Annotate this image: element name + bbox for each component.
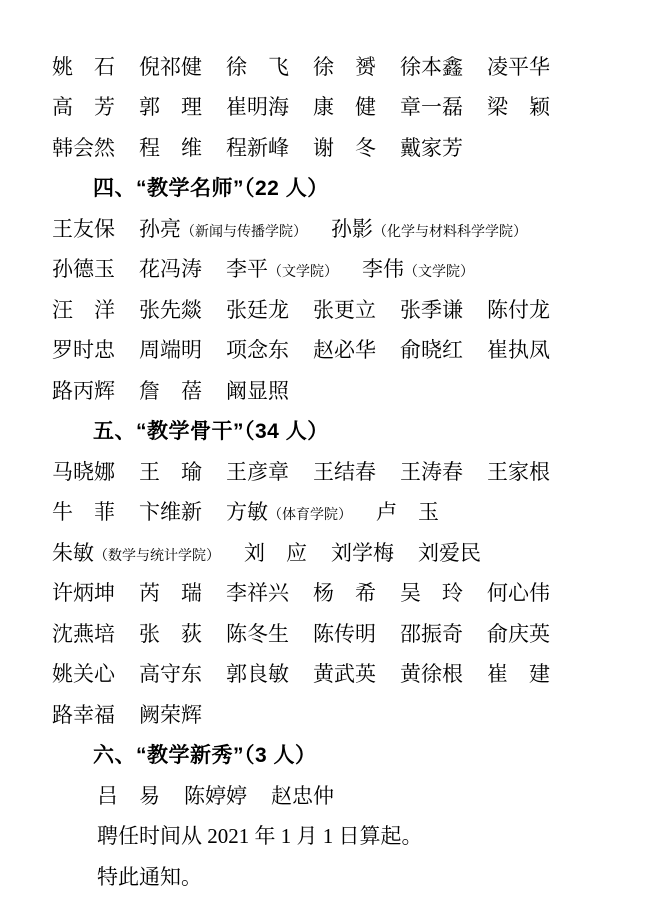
person-name-text: 牛 菲 <box>52 502 115 523</box>
person-name-text: 倪祁健 <box>139 57 202 78</box>
person-name: 杨 希 <box>313 583 376 604</box>
name-list-line: 韩会然程 维程新峰谢 冬戴家芳 <box>52 128 565 169</box>
person-name: 赵忠仲 <box>271 786 334 807</box>
person-name: 何心伟 <box>487 583 550 604</box>
person-name: 程 维 <box>139 138 202 159</box>
person-name: 吴 玲 <box>400 583 463 604</box>
name-list-line: 许炳坤芮 瑞李祥兴杨 希吴 玲何心伟 <box>52 574 565 615</box>
name-list-line: 路幸福阙荣辉 <box>52 695 565 736</box>
person-name-text: 孙影 <box>331 219 373 240</box>
person-name-text: 路丙辉 <box>52 381 115 402</box>
person-name: 赵必华 <box>313 340 376 361</box>
person-name: 阙荣辉 <box>139 705 202 726</box>
person-name-text: 路幸福 <box>52 705 115 726</box>
person-name-text: 刘学梅 <box>331 543 394 564</box>
person-name: 崔明海 <box>226 97 289 118</box>
person-name-text: 陈付龙 <box>487 300 550 321</box>
person-name-text: 罗时忠 <box>52 340 115 361</box>
person-name-text: 卞维新 <box>139 502 202 523</box>
person-name-text: 黄武英 <box>313 664 376 685</box>
name-list-line: 路丙辉詹 蓓阚显照 <box>52 371 565 412</box>
person-name: 卞维新 <box>139 502 202 523</box>
person-name: 邵振奇 <box>400 624 463 645</box>
person-name: 王 瑜 <box>139 462 202 483</box>
person-name: 郭 理 <box>139 97 202 118</box>
person-name-text: 李平 <box>226 259 268 280</box>
person-name-text: 张先燚 <box>139 300 202 321</box>
person-name-text: 康 健 <box>313 97 376 118</box>
person-name-text: 邵振奇 <box>400 624 463 645</box>
person-name-text: 韩会然 <box>52 138 115 159</box>
person-name-text: 花冯涛 <box>139 259 202 280</box>
person-name: 刘学梅 <box>331 543 394 564</box>
person-name: 谢 冬 <box>313 138 376 159</box>
person-name-text: 姚 石 <box>52 57 115 78</box>
person-name-text: 项念东 <box>226 340 289 361</box>
person-name-text: 郭良敏 <box>226 664 289 685</box>
person-name: 俞庆英 <box>487 624 550 645</box>
section-heading: 四、“教学名师”（22 人） <box>52 169 565 210</box>
person-name: 路丙辉 <box>52 381 115 402</box>
person-name-text: 方敏 <box>226 502 268 523</box>
person-name-text: 黄徐根 <box>400 664 463 685</box>
person-name: 方敏（体育学院） <box>226 502 352 523</box>
person-name-text: 程 维 <box>139 138 202 159</box>
person-name-text: 崔执凤 <box>487 340 550 361</box>
college-note: （体育学院） <box>268 509 352 523</box>
person-name-text: 高守东 <box>139 664 202 685</box>
person-name: 罗时忠 <box>52 340 115 361</box>
person-name: 卢 玉 <box>376 502 439 523</box>
person-name: 路幸福 <box>52 705 115 726</box>
person-name-text: 阚显照 <box>226 381 289 402</box>
person-name: 陈付龙 <box>487 300 550 321</box>
person-name-text: 徐本鑫 <box>400 57 463 78</box>
person-name-text: 张 荻 <box>139 624 202 645</box>
person-name-text: 戴家芳 <box>400 138 463 159</box>
person-name: 花冯涛 <box>139 259 202 280</box>
name-list-line: 吕 易陈婷婷赵忠仲 <box>52 776 565 817</box>
person-name-text: 程新峰 <box>226 138 289 159</box>
person-name: 程新峰 <box>226 138 289 159</box>
person-name: 孙德玉 <box>52 259 115 280</box>
person-name: 刘 应 <box>244 543 307 564</box>
person-name: 李伟（文学院） <box>362 259 474 280</box>
person-name-text: 陈婷婷 <box>184 786 247 807</box>
person-name: 高守东 <box>139 664 202 685</box>
person-name-text: 卢 玉 <box>376 502 439 523</box>
person-name-text: 朱敏 <box>52 543 94 564</box>
person-name: 阚显照 <box>226 381 289 402</box>
person-name-text: 崔明海 <box>226 97 289 118</box>
name-list-line: 汪 洋张先燚张廷龙张更立张季谦陈付龙 <box>52 290 565 331</box>
paragraph: 特此通知。 <box>52 857 565 898</box>
person-name-text: 周端明 <box>139 340 202 361</box>
person-name: 陈婷婷 <box>184 786 247 807</box>
person-name: 许炳坤 <box>52 583 115 604</box>
person-name-text: 俞庆英 <box>487 624 550 645</box>
person-name: 章一磊 <box>400 97 463 118</box>
person-name: 凌平华 <box>487 57 550 78</box>
person-name: 崔执凤 <box>487 340 550 361</box>
name-list-line: 朱敏（数学与统计学院）刘 应刘学梅刘爱民 <box>52 533 565 574</box>
section-heading: 六、“教学新秀”（3 人） <box>52 736 565 777</box>
person-name: 刘爱民 <box>418 543 481 564</box>
person-name-text: 张廷龙 <box>226 300 289 321</box>
person-name: 张 荻 <box>139 624 202 645</box>
person-name-text: 阙荣辉 <box>139 705 202 726</box>
person-name-text: 沈燕培 <box>52 624 115 645</box>
person-name: 牛 菲 <box>52 502 115 523</box>
person-name-text: 张季谦 <box>400 300 463 321</box>
person-name-text: 李祥兴 <box>226 583 289 604</box>
person-name-text: 王友保 <box>52 219 115 240</box>
person-name: 姚关心 <box>52 664 115 685</box>
person-name: 李平（文学院） <box>226 259 338 280</box>
person-name: 芮 瑞 <box>139 583 202 604</box>
person-name: 张更立 <box>313 300 376 321</box>
person-name: 王家根 <box>487 462 550 483</box>
person-name-text: 何心伟 <box>487 583 550 604</box>
person-name-text: 赵必华 <box>313 340 376 361</box>
person-name: 戴家芳 <box>400 138 463 159</box>
person-name: 倪祁健 <box>139 57 202 78</box>
person-name: 王涛春 <box>400 462 463 483</box>
person-name-text: 章一磊 <box>400 97 463 118</box>
person-name: 康 健 <box>313 97 376 118</box>
person-name-text: 刘爱民 <box>418 543 481 564</box>
college-note: （化学与材料科学学院） <box>373 226 527 240</box>
name-list-line: 沈燕培张 荻陈冬生陈传明邵振奇俞庆英 <box>52 614 565 655</box>
person-name: 姚 石 <box>52 57 115 78</box>
name-list-line: 马晓娜王 瑜王彦章王结春王涛春王家根 <box>52 452 565 493</box>
person-name-text: 马晓娜 <box>52 462 115 483</box>
name-list-line: 高 芳郭 理崔明海康 健章一磊梁 颖 <box>52 88 565 129</box>
person-name: 张季谦 <box>400 300 463 321</box>
person-name: 黄徐根 <box>400 664 463 685</box>
person-name: 徐 赟 <box>313 57 376 78</box>
name-list-line: 姚关心高守东郭良敏黄武英黄徐根崔 建 <box>52 655 565 696</box>
person-name-text: 赵忠仲 <box>271 786 334 807</box>
person-name: 陈传明 <box>313 624 376 645</box>
person-name-text: 汪 洋 <box>52 300 115 321</box>
name-list-line: 孙德玉花冯涛李平（文学院）李伟（文学院） <box>52 250 565 291</box>
section-heading: 五、“教学骨干”（34 人） <box>52 412 565 453</box>
person-name: 周端明 <box>139 340 202 361</box>
person-name-text: 凌平华 <box>487 57 550 78</box>
person-name-text: 陈冬生 <box>226 624 289 645</box>
person-name-text: 王家根 <box>487 462 550 483</box>
person-name-text: 李伟 <box>362 259 404 280</box>
person-name-text: 许炳坤 <box>52 583 115 604</box>
person-name: 李祥兴 <box>226 583 289 604</box>
person-name: 俞晓红 <box>400 340 463 361</box>
person-name-text: 王涛春 <box>400 462 463 483</box>
person-name: 韩会然 <box>52 138 115 159</box>
person-name: 郭良敏 <box>226 664 289 685</box>
person-name: 朱敏（数学与统计学院） <box>52 543 220 564</box>
person-name-text: 詹 蓓 <box>139 381 202 402</box>
person-name: 孙影（化学与材料科学学院） <box>331 219 527 240</box>
person-name: 汪 洋 <box>52 300 115 321</box>
person-name-text: 徐 赟 <box>313 57 376 78</box>
person-name-text: 芮 瑞 <box>139 583 202 604</box>
person-name: 沈燕培 <box>52 624 115 645</box>
person-name: 孙亮（新闻与传播学院） <box>139 219 307 240</box>
person-name: 张廷龙 <box>226 300 289 321</box>
person-name: 陈冬生 <box>226 624 289 645</box>
person-name-text: 张更立 <box>313 300 376 321</box>
person-name-text: 谢 冬 <box>313 138 376 159</box>
person-name-text: 陈传明 <box>313 624 376 645</box>
person-name-text: 姚关心 <box>52 664 115 685</box>
person-name: 王结春 <box>313 462 376 483</box>
person-name-text: 梁 颖 <box>487 97 550 118</box>
person-name: 詹 蓓 <box>139 381 202 402</box>
person-name: 吕 易 <box>97 786 160 807</box>
person-name: 徐 飞 <box>226 57 289 78</box>
person-name-text: 吕 易 <box>97 786 160 807</box>
person-name-text: 俞晓红 <box>400 340 463 361</box>
name-list-line: 牛 菲卞维新方敏（体育学院）卢 玉 <box>52 493 565 534</box>
person-name: 梁 颖 <box>487 97 550 118</box>
person-name: 张先燚 <box>139 300 202 321</box>
person-name-text: 吴 玲 <box>400 583 463 604</box>
college-note: （文学院） <box>404 266 474 280</box>
person-name-text: 孙亮 <box>139 219 181 240</box>
college-note: （新闻与传播学院） <box>181 226 307 240</box>
person-name: 崔 建 <box>487 664 550 685</box>
person-name-text: 王结春 <box>313 462 376 483</box>
person-name-text: 王彦章 <box>226 462 289 483</box>
person-name: 徐本鑫 <box>400 57 463 78</box>
person-name-text: 崔 建 <box>487 664 550 685</box>
person-name-text: 杨 希 <box>313 583 376 604</box>
person-name-text: 孙德玉 <box>52 259 115 280</box>
person-name-text: 郭 理 <box>139 97 202 118</box>
person-name-text: 王 瑜 <box>139 462 202 483</box>
person-name-text: 高 芳 <box>52 97 115 118</box>
name-list-line: 姚 石倪祁健徐 飞徐 赟徐本鑫凌平华 <box>52 47 565 88</box>
person-name: 马晓娜 <box>52 462 115 483</box>
person-name: 王友保 <box>52 219 115 240</box>
person-name-text: 徐 飞 <box>226 57 289 78</box>
person-name: 黄武英 <box>313 664 376 685</box>
name-list-line: 罗时忠周端明项念东赵必华俞晓红崔执凤 <box>52 331 565 372</box>
person-name: 项念东 <box>226 340 289 361</box>
person-name: 高 芳 <box>52 97 115 118</box>
paragraph: 聘任时间从 2021 年 1 月 1 日算起。 <box>52 817 565 858</box>
college-note: （数学与统计学院） <box>94 550 220 564</box>
name-list-line: 王友保孙亮（新闻与传播学院）孙影（化学与材料科学学院） <box>52 209 565 250</box>
person-name: 王彦章 <box>226 462 289 483</box>
document-page: 姚 石倪祁健徐 飞徐 赟徐本鑫凌平华高 芳郭 理崔明海康 健章一磊梁 颖韩会然程… <box>0 0 645 919</box>
college-note: （文学院） <box>268 266 338 280</box>
person-name-text: 刘 应 <box>244 543 307 564</box>
